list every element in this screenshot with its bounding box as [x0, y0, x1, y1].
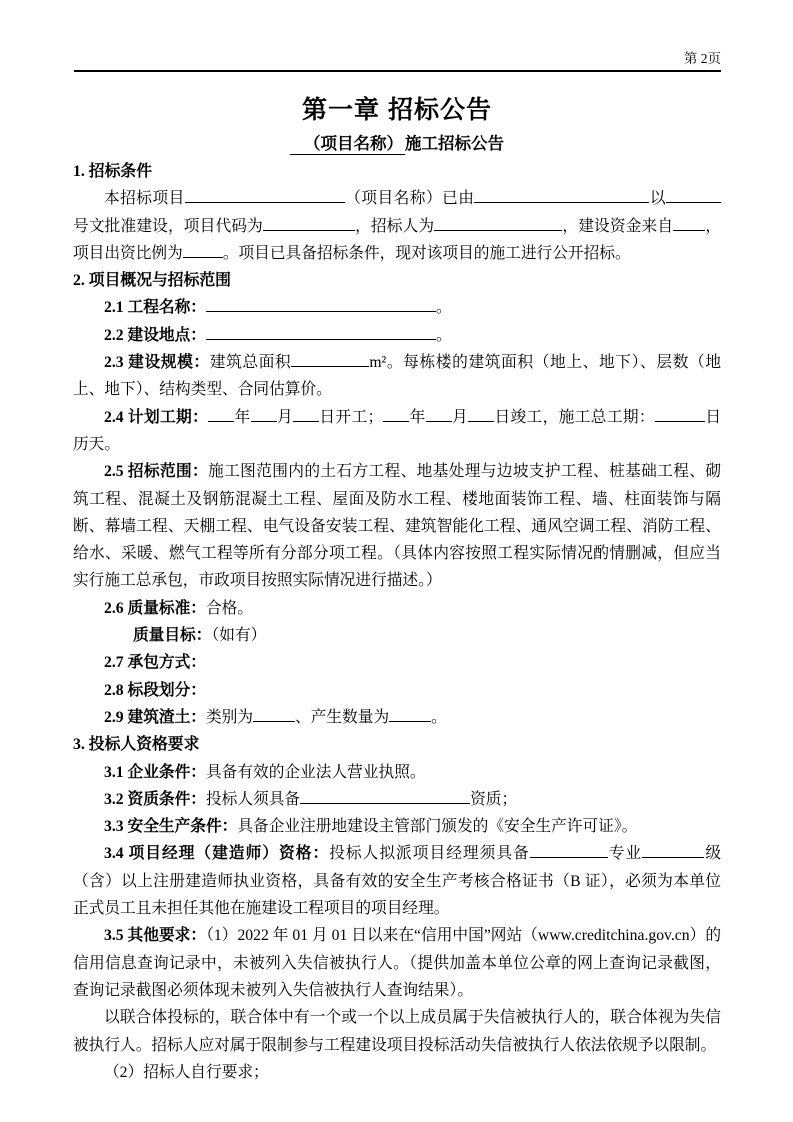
section-heading: 2. 项目概况与招标范围	[73, 267, 721, 294]
text-run: （项目名称）已由	[345, 190, 475, 207]
text-run: 日竣工，施工总工期：	[494, 409, 655, 426]
paragraph: 3.1 企业条件：具备有效的企业法人营业执照。	[73, 759, 721, 786]
paragraph: 2.2 建设地点：。	[73, 322, 721, 349]
document-subtitle: （项目名称）施工招标公告	[73, 132, 721, 156]
fill-in-blank	[263, 217, 355, 231]
text-run: 以	[649, 190, 666, 207]
paragraph: 2.1 工程名称：。	[73, 294, 721, 321]
fill-in-blank	[251, 408, 277, 422]
field-label: 3.5 其他要求：	[104, 927, 206, 944]
paragraph: 3.4 项目经理（建造师）资格：投标人拟派项目经理须具备专业级（含）以上注册建造…	[73, 840, 721, 922]
fill-in-blank	[655, 408, 705, 422]
text-run: 本招标项目	[104, 190, 185, 207]
fill-in-blank	[253, 708, 295, 722]
text-run: 号文批准建设，项目代码为	[73, 218, 263, 235]
text-run: 年	[234, 409, 250, 426]
fill-in-blank	[183, 244, 223, 258]
fill-in-blank	[673, 217, 705, 231]
fill-in-blank	[208, 408, 234, 422]
text-run: 合格。	[206, 600, 253, 617]
text-run: 资质；	[470, 791, 517, 808]
field-label: 2.5 招标范围：	[104, 463, 208, 480]
text-run: 年	[409, 409, 425, 426]
field-label: 2.6 质量标准：	[104, 600, 206, 617]
field-label: 质量目标：	[133, 627, 211, 644]
text-run: ，建设资金来自	[562, 218, 673, 235]
subtitle-rest: 施工招标公告	[405, 134, 504, 153]
fill-in-blank	[389, 708, 431, 722]
field-label: 3.2 资质条件：	[104, 791, 206, 808]
paragraph: 3.3 安全生产条件：具备企业注册地建设主管部门颁发的《安全生产许可证》。	[73, 813, 721, 840]
paragraph: 质量目标：（如有）	[73, 622, 721, 649]
field-label: 2.2 建设地点：	[104, 327, 206, 344]
text-run: 具备有效的企业法人营业执照。	[206, 764, 426, 781]
text-run: 专业	[608, 845, 642, 862]
text-run: ，招标人为	[355, 218, 434, 235]
text-run: 以联合体投标的，联合体中有一个或一个以上成员属于失信被执行人的，联合体视为失信被…	[73, 1009, 721, 1053]
text-run: 具备企业注册地建设主管部门颁发的《安全生产许可证》。	[237, 818, 637, 835]
fill-in-blank	[468, 408, 494, 422]
field-label: 2.7 承包方式：	[104, 654, 206, 671]
page-number: 第 2页	[684, 50, 721, 68]
text-run: 施工图范围内的土石方工程、地基处理与边坡支护工程、桩基础工程、砌筑工程、混凝土及…	[73, 463, 721, 589]
document-body: 1. 招标条件本招标项目（项目名称）已由以号文批准建设，项目代码为，招标人为，建…	[73, 158, 721, 1086]
fill-in-blank	[291, 353, 369, 367]
text-run: （2）招标人自行要求；	[104, 1064, 269, 1081]
fill-in-blank	[206, 298, 436, 312]
field-label: 2.3 建设规模：	[104, 354, 210, 371]
text-run: 类别为	[206, 709, 253, 726]
text-run: 日开工；	[319, 409, 383, 426]
header-rule	[74, 70, 721, 72]
paragraph: 2.7 承包方式：	[73, 649, 721, 676]
text-run: 投标人须具备	[206, 791, 300, 808]
paragraph: 2.6 质量标准：合格。	[73, 595, 721, 622]
fill-in-blank	[293, 408, 319, 422]
field-label: 3.1 企业条件：	[104, 764, 206, 781]
text-run: 。	[436, 327, 452, 344]
fill-in-blank	[642, 844, 704, 858]
paragraph: 3.2 资质条件：投标人须具备资质；	[73, 786, 721, 813]
fill-in-blank	[383, 408, 409, 422]
fill-in-blank	[426, 408, 452, 422]
paragraph: 2.4 计划工期：年月日开工；年月日竣工，施工总工期：日历天。	[73, 404, 721, 459]
subtitle-project-name-underlined: （项目名称）	[290, 134, 405, 155]
paragraph: 2.8 标段划分：	[73, 677, 721, 704]
fill-in-blank	[474, 189, 649, 203]
field-label: 2.1 工程名称：	[104, 299, 206, 316]
paragraph: 以联合体投标的，联合体中有一个或一个以上成员属于失信被执行人的，联合体视为失信被…	[73, 1004, 721, 1059]
paragraph: 2.5 招标范围：施工图范围内的土石方工程、地基处理与边坡支护工程、桩基础工程、…	[73, 458, 721, 594]
text-run: 投标人拟派项目经理须具备	[329, 845, 530, 862]
text-run: 。	[431, 709, 447, 726]
document-content: 第一章 招标公告 （项目名称）施工招标公告 1. 招标条件本招标项目（项目名称）…	[73, 92, 721, 1086]
fill-in-blank	[185, 189, 345, 203]
text-run: 。项目已具备招标条件，现对该项目的施工进行公开招标。	[223, 245, 631, 262]
fill-in-blank	[300, 790, 470, 804]
paragraph: （2）招标人自行要求；	[73, 1059, 721, 1086]
text-run: 建筑总面积	[210, 354, 292, 371]
text-run: 、产生数量为	[295, 709, 389, 726]
field-label: 2.9 建筑渣土：	[104, 709, 206, 726]
field-label: 2.4 计划工期：	[104, 409, 208, 426]
text-run: 月	[452, 409, 468, 426]
field-label: 3.3 安全生产条件：	[104, 818, 237, 835]
paragraph: 本招标项目（项目名称）已由以号文批准建设，项目代码为，招标人为，建设资金来自，项…	[73, 185, 721, 267]
fill-in-blank	[434, 217, 562, 231]
paragraph: 2.9 建筑渣土：类别为、产生数量为。	[73, 704, 721, 731]
paragraph: 3.5 其他要求：（1）2022 年 01 月 01 日以来在“信用中国”网站（…	[73, 922, 721, 1004]
text-run: 月	[277, 409, 293, 426]
document-page: 第 2页 第一章 招标公告 （项目名称）施工招标公告 1. 招标条件本招标项目（…	[0, 0, 793, 1122]
fill-in-blank	[206, 326, 436, 340]
fill-in-blank	[530, 844, 608, 858]
text-run: （如有）	[211, 627, 266, 644]
text-run: 。	[436, 299, 452, 316]
field-label: 3.4 项目经理（建造师）资格：	[104, 845, 329, 862]
fill-in-blank	[666, 189, 721, 203]
section-heading: 1. 招标条件	[73, 158, 721, 185]
section-heading: 3. 投标人资格要求	[73, 731, 721, 758]
document-title: 第一章 招标公告	[73, 92, 721, 128]
paragraph: 2.3 建设规模：建筑总面积m²。每栋楼的建筑面积（地上、地下）、层数（地上、地…	[73, 349, 721, 404]
field-label: 2.8 标段划分：	[104, 682, 206, 699]
